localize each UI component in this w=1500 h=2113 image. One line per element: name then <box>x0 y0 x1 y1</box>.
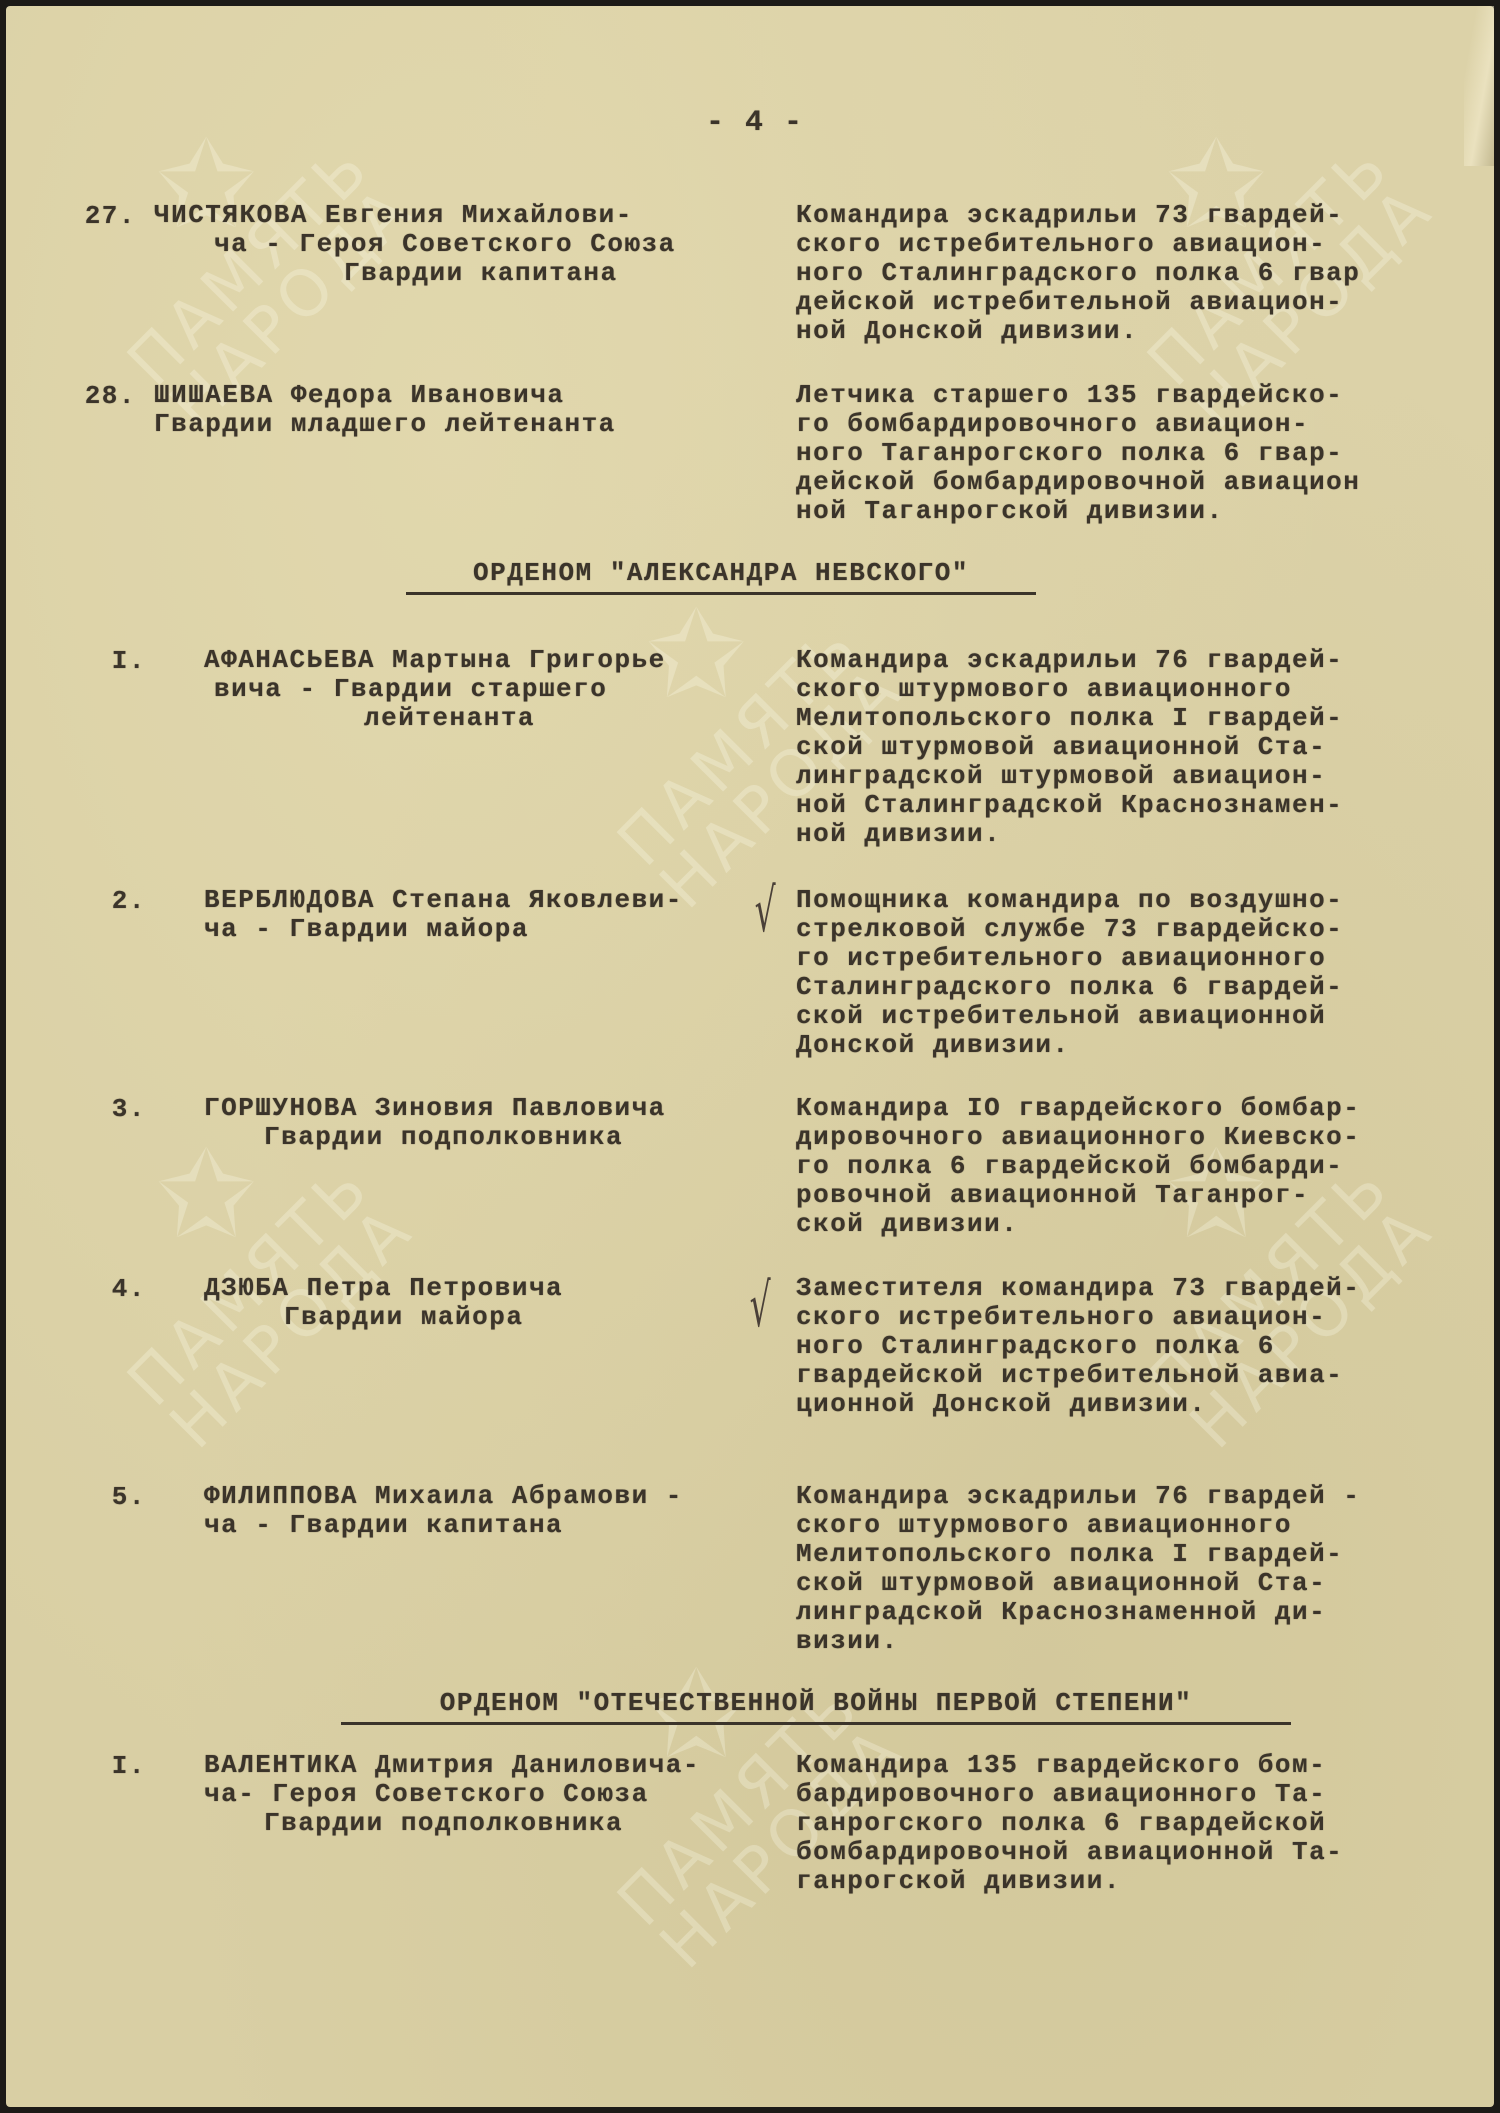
text-line: АФАНАСЬЕВА Мартына Григорье <box>204 646 774 675</box>
document-page: ✩ ПАМЯТЬ НАРОДА ✩ ПАМЯТЬ НАРОДА ✩ ПАМЯТЬ… <box>6 6 1494 2107</box>
text-line: ской штурмовой авиационной Ста- <box>796 733 1456 762</box>
page-fold <box>1464 6 1494 166</box>
text-line: ча - Гвардии майора <box>204 915 774 944</box>
text-line: ского штурмового авиационного <box>796 675 1456 704</box>
entry-number: 5. <box>86 1482 146 1512</box>
text-line: ВАЛЕНТИКА Дмитрия Даниловича- <box>204 1751 774 1780</box>
text-line: го истребительного авиационного <box>796 944 1456 973</box>
text-line: Сталинградского полка 6 гвардей- <box>796 973 1456 1002</box>
checkmark-icon: √ <box>755 876 776 946</box>
text-line: ного Сталинградского полка 6 <box>796 1332 1456 1361</box>
text-line: ча - Гвардии капитана <box>204 1511 774 1540</box>
text-line: стрелковой службе 73 гвардейско- <box>796 915 1456 944</box>
text-line: ровочной авиационной Таганрог- <box>796 1181 1456 1210</box>
text-line: Командира 135 гвардейского бом- <box>796 1751 1456 1780</box>
text-line: Гвардии капитана <box>154 259 774 288</box>
text-line: дейской бомбардировочной авиацион <box>796 468 1456 497</box>
entry-number: 28. <box>76 381 136 411</box>
text-line: ного Сталинградского полка 6 гвар <box>796 259 1456 288</box>
entry-name: ДЗЮБА Петра Петровича Гвардии майора <box>204 1274 774 1332</box>
text-line: бомбардировочной авиационной Та- <box>796 1838 1456 1867</box>
text-line: Заместителя командира 73 гвардей- <box>796 1274 1456 1303</box>
text-line: вича - Гвардии старшего <box>204 675 774 704</box>
entry-name: ГОРШУНОВА Зиновия Павловича Гвардии подп… <box>204 1094 774 1152</box>
text-line: ционной Донской дивизии. <box>796 1390 1456 1419</box>
text-line: визии. <box>796 1627 1456 1656</box>
text-line: ского истребительного авиацион- <box>796 230 1456 259</box>
text-line: ской штурмовой авиационной Ста- <box>796 1569 1456 1598</box>
text-line: ДЗЮБА Петра Петровича <box>204 1274 774 1303</box>
text-line: ча- Героя Советского Союза <box>204 1780 774 1809</box>
text-line: ной Сталинградской Краснознамен- <box>796 791 1456 820</box>
entry-description: Летчика старшего 135 гвардейско- го бомб… <box>796 381 1456 526</box>
text-line: ча - Героя Советского Союза <box>154 230 774 259</box>
text-line: ского штурмового авиационного <box>796 1511 1456 1540</box>
text-line: ШИШАЕВА Федора Ивановича <box>154 381 774 410</box>
text-line: Помощника командира по воздушно- <box>796 886 1456 915</box>
entry-description: Командира IO гвардейского бомбар- дирово… <box>796 1094 1456 1239</box>
text-line: Мелитопольского полка I гвардей- <box>796 1540 1456 1569</box>
entry-description: Командира эскадрильи 73 гвардей- ского и… <box>796 201 1456 346</box>
text-line: ГОРШУНОВА Зиновия Павловича <box>204 1094 774 1123</box>
text-line: Гвардии подполковника <box>204 1809 774 1838</box>
text-line: ной дивизии. <box>796 820 1456 849</box>
text-line: Донской дивизии. <box>796 1031 1456 1060</box>
entry-number: 3. <box>86 1094 146 1124</box>
text-line: Гвардии майора <box>204 1303 774 1332</box>
entry-name: ФИЛИППОВА Михаила Абрамови - ча - Гварди… <box>204 1482 774 1540</box>
text-line: линградской штурмовой авиацион- <box>796 762 1456 791</box>
entry-description: Командира эскадрильи 76 гвардей- ского ш… <box>796 646 1456 849</box>
text-line: ганрогского полка 6 гвардейской <box>796 1809 1456 1838</box>
entry-name: ШИШАЕВА Федора Ивановича Гвардии младшег… <box>154 381 774 439</box>
text-line: дейской истребительной авиацион- <box>796 288 1456 317</box>
text-line: го полка 6 гвардейской бомбарди- <box>796 1152 1456 1181</box>
entry-name: ЧИСТЯКОВА Евгения Михайлови- ча - Героя … <box>154 201 774 288</box>
entry-name: ВАЛЕНТИКА Дмитрия Даниловича- ча- Героя … <box>204 1751 774 1838</box>
text-line: дировочного авиационного Киевско- <box>796 1123 1456 1152</box>
entry-number: 27. <box>76 201 136 231</box>
text-line: бардировочного авиационного Та- <box>796 1780 1456 1809</box>
text-line: ВЕРБЛЮДОВА Степана Яковлеви- <box>204 886 774 915</box>
text-line: Командира эскадрильи 73 гвардей- <box>796 201 1456 230</box>
text-line: Мелитопольского полка I гвардей- <box>796 704 1456 733</box>
text-line: Гвардии младшего лейтенанта <box>154 410 774 439</box>
text-line: ФИЛИППОВА Михаила Абрамови - <box>204 1482 774 1511</box>
text-line: го бомбардировочного авиацион- <box>796 410 1456 439</box>
section-heading-nevsky: ОРДЕНОМ "АЛЕКСАНДРА НЕВСКОГО" <box>406 556 1036 595</box>
entry-number: I. <box>86 1751 146 1781</box>
checkmark-icon: √ <box>750 1271 771 1341</box>
text-line: ной Донской дивизии. <box>796 317 1456 346</box>
text-line: Командира эскадрильи 76 гвардей - <box>796 1482 1456 1511</box>
text-line: линградской Краснознаменной ди- <box>796 1598 1456 1627</box>
section-heading-patriotic-war: ОРДЕНОМ "ОТЕЧЕСТВЕННОЙ ВОЙНЫ ПЕРВОЙ СТЕП… <box>341 1686 1291 1725</box>
entry-description: Помощника командира по воздушно- стрелко… <box>796 886 1456 1060</box>
text-line: Летчика старшего 135 гвардейско- <box>796 381 1456 410</box>
text-line: ского истребительного авиацион- <box>796 1303 1456 1332</box>
text-line: Гвардии подполковника <box>204 1123 774 1152</box>
entry-number: I. <box>86 646 146 676</box>
text-line: лейтенанта <box>204 704 774 733</box>
text-line: ской дивизии. <box>796 1210 1456 1239</box>
text-line: ской истребительной авиационной <box>796 1002 1456 1031</box>
entry-description: Командира 135 гвардейского бом- бардиров… <box>796 1751 1456 1896</box>
text-line: ЧИСТЯКОВА Евгения Михайлови- <box>154 201 774 230</box>
text-line: Командира IO гвардейского бомбар- <box>796 1094 1456 1123</box>
entry-description: Командира эскадрильи 76 гвардей - ского … <box>796 1482 1456 1656</box>
text-line: ной Таганрогской дивизии. <box>796 497 1456 526</box>
text-line: ганрогской дивизии. <box>796 1867 1456 1896</box>
page-number: - 4 - <box>706 106 804 140</box>
entry-number: 2. <box>86 886 146 916</box>
entry-number: 4. <box>86 1274 146 1304</box>
entry-description: Заместителя командира 73 гвардей- ского … <box>796 1274 1456 1419</box>
text-line: гвардейской истребительной авиа- <box>796 1361 1456 1390</box>
entry-name: ВЕРБЛЮДОВА Степана Яковлеви- ча - Гварди… <box>204 886 774 944</box>
text-line: ного Таганрогского полка 6 гвар- <box>796 439 1456 468</box>
text-line: Командира эскадрильи 76 гвардей- <box>796 646 1456 675</box>
entry-name: АФАНАСЬЕВА Мартына Григорье вича - Гвард… <box>204 646 774 733</box>
